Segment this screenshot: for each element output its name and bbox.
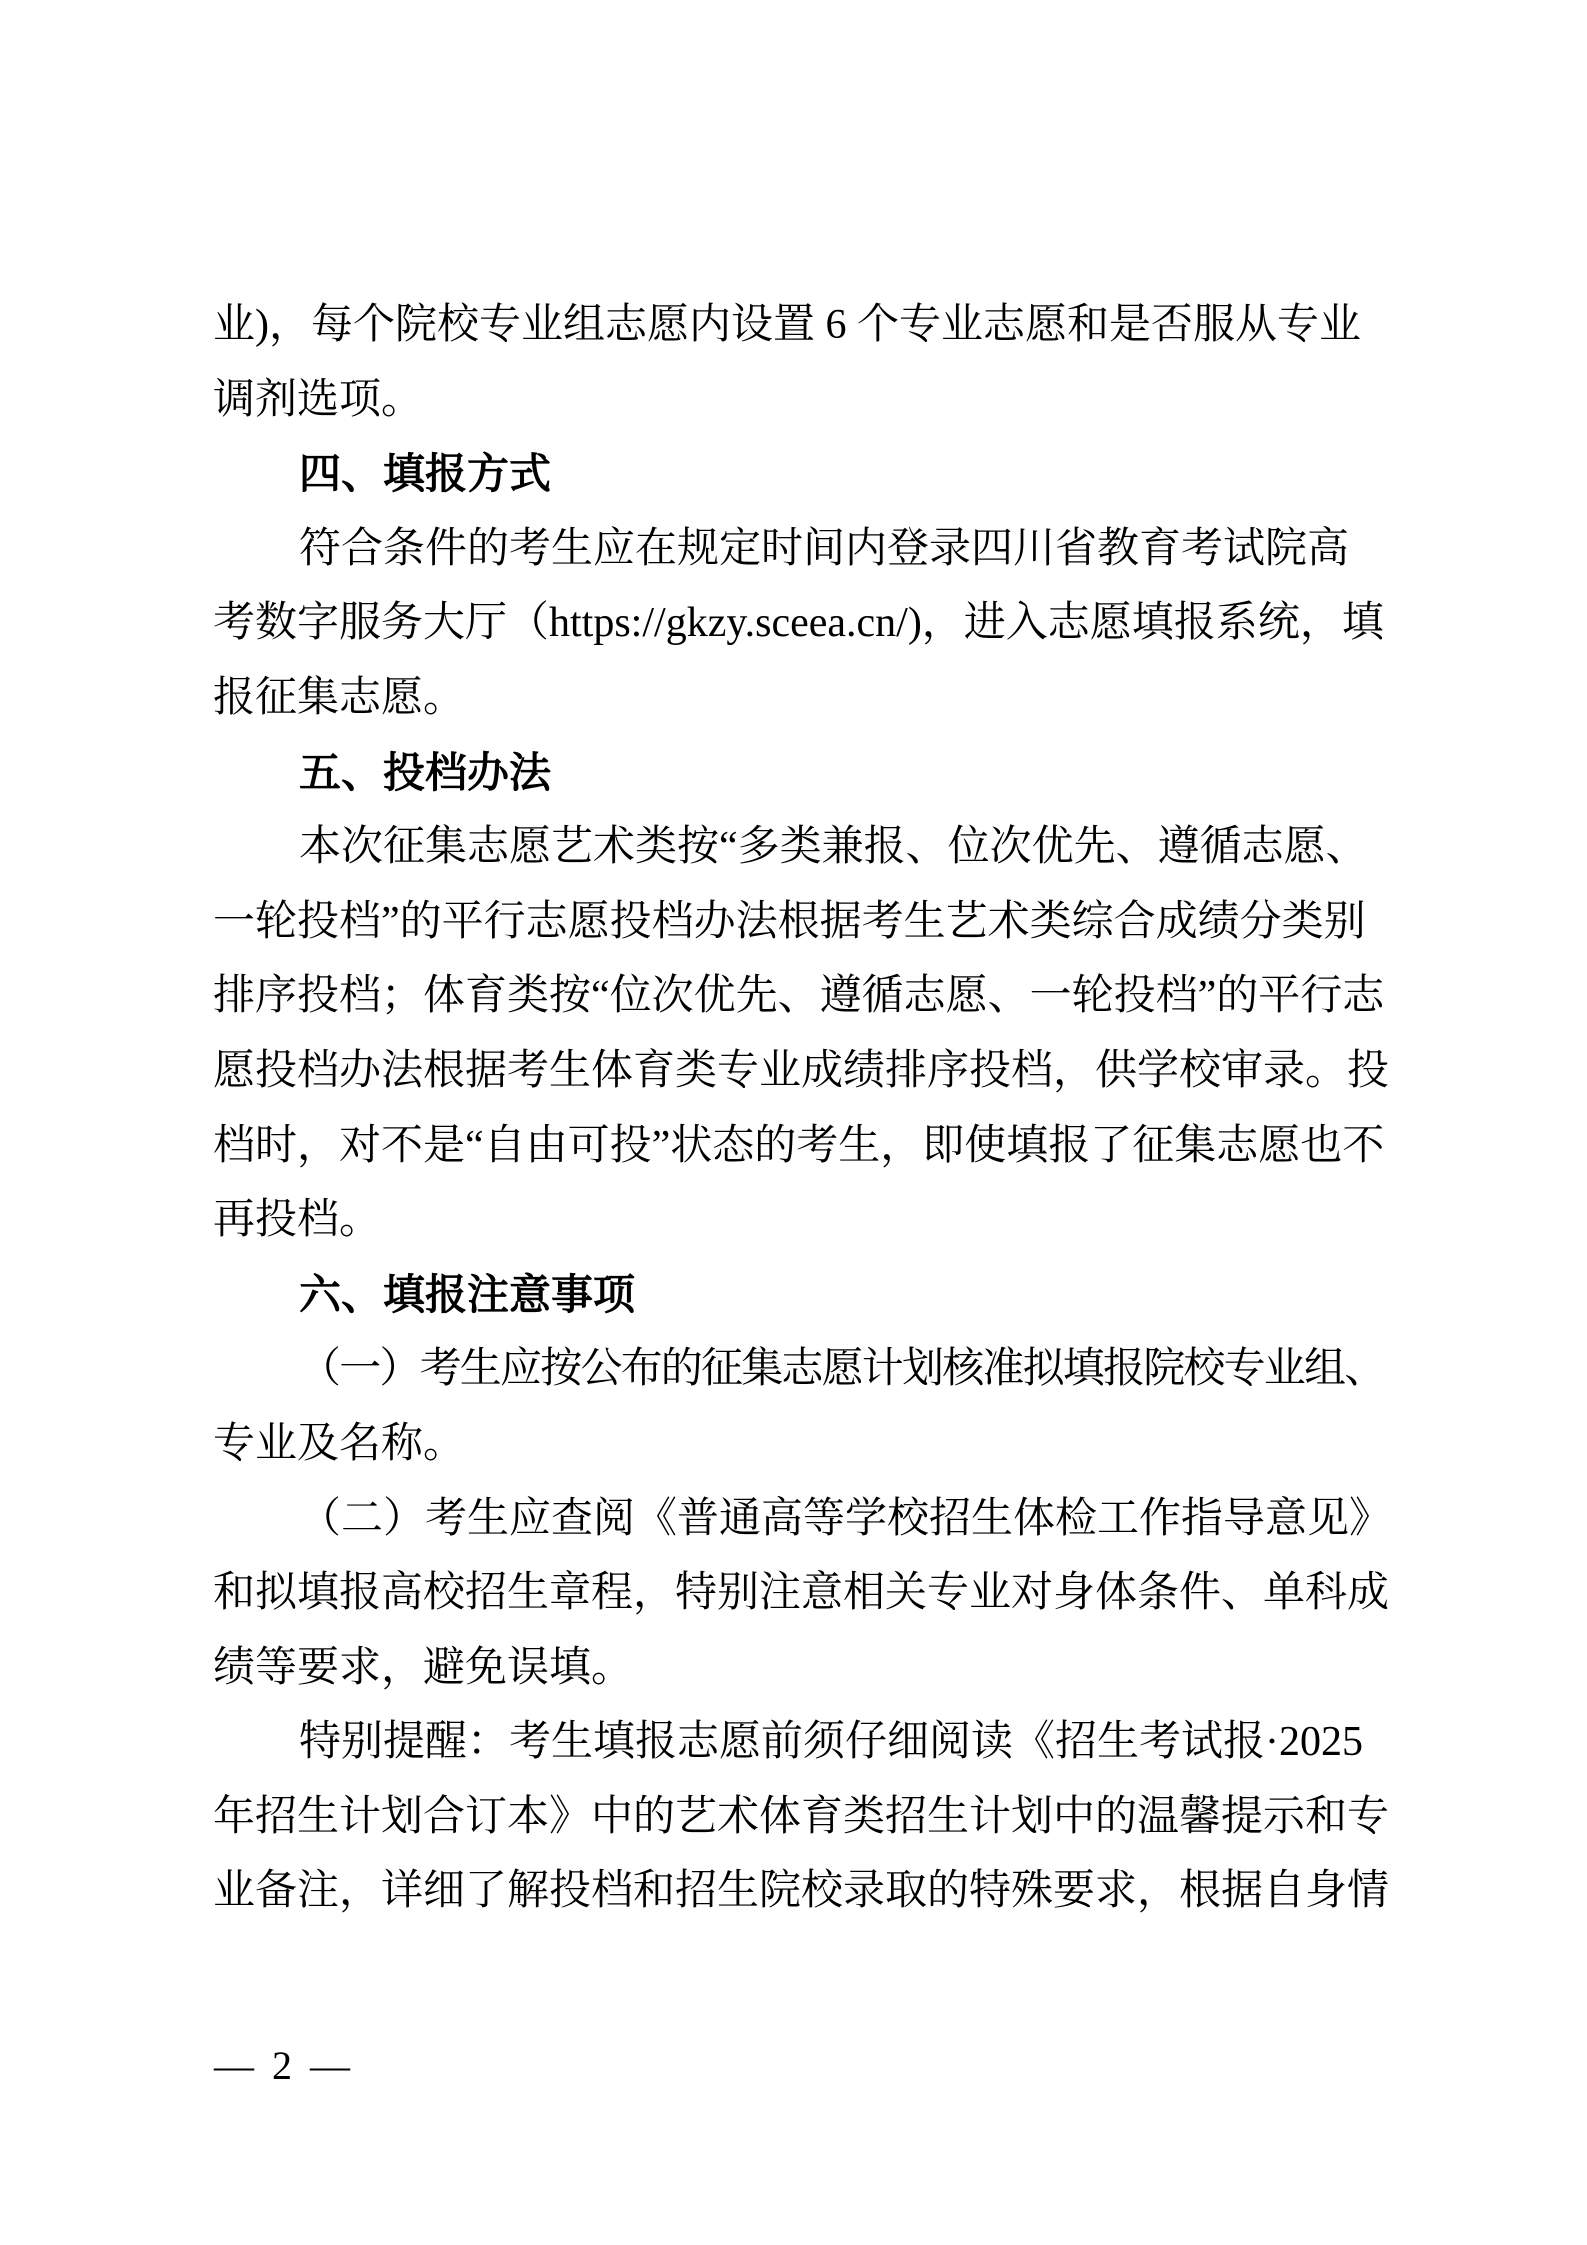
body-line: 符合条件的考生应在规定时间内登录四川省教育考试院高 — [213, 512, 1393, 587]
section-heading-5: 五、投档办法 — [213, 736, 1393, 811]
body-line-url: 考数字服务大厅（https://gkzy.sceea.cn/)，进入志愿填报系统… — [213, 586, 1393, 661]
body-line: （二）考生应查阅《普通高等学校招生体检工作指导意见》 — [213, 1482, 1393, 1557]
body-line: （一）考生应按公布的征集志愿计划核准拟填报院校专业组、 — [213, 1332, 1393, 1407]
page-number: — 2 — — [214, 2042, 354, 2090]
body-line: 报征集志愿。 — [213, 661, 1393, 736]
body-line: 业)，每个院校专业组志愿内设置 6 个专业志愿和是否服从专业 — [213, 288, 1393, 363]
body-line: 绩等要求，避免误填。 — [213, 1631, 1393, 1706]
document-body: 业)，每个院校专业组志愿内设置 6 个专业志愿和是否服从专业 调剂选项。 四、填… — [213, 288, 1393, 1929]
body-line: 再投档。 — [213, 1183, 1393, 1258]
body-line: 专业及名称。 — [213, 1407, 1393, 1482]
body-line: 愿投档办法根据考生体育类专业成绩排序投档，供学校审录。投 — [213, 1034, 1393, 1109]
body-line: 排序投档；体育类按“位次优先、遵循志愿、一轮投档”的平行志 — [213, 959, 1393, 1034]
body-line: 和拟填报高校招生章程，特别注意相关专业对身体条件、单科成 — [213, 1556, 1393, 1631]
document-page: 业)，每个院校专业组志愿内设置 6 个专业志愿和是否服从专业 调剂选项。 四、填… — [0, 0, 1587, 2245]
body-line: 一轮投档”的平行志愿投档办法根据考生艺术类综合成绩分类别 — [213, 885, 1393, 960]
body-line: 本次征集志愿艺术类按“多类兼报、位次优先、遵循志愿、 — [213, 810, 1393, 885]
body-line: 档时，对不是“自由可投”状态的考生，即使填报了征集志愿也不 — [213, 1109, 1393, 1184]
body-line: 年招生计划合订本》中的艺术体育类招生计划中的温馨提示和专 — [213, 1780, 1393, 1855]
section-heading-6: 六、填报注意事项 — [213, 1258, 1393, 1333]
section-heading-4: 四、填报方式 — [213, 437, 1393, 512]
body-line: 特别提醒：考生填报志愿前须仔细阅读《招生考试报·2025 — [213, 1705, 1393, 1780]
body-line: 调剂选项。 — [213, 363, 1393, 438]
body-line: 业备注，详细了解投档和招生院校录取的特殊要求，根据自身情 — [213, 1854, 1393, 1929]
